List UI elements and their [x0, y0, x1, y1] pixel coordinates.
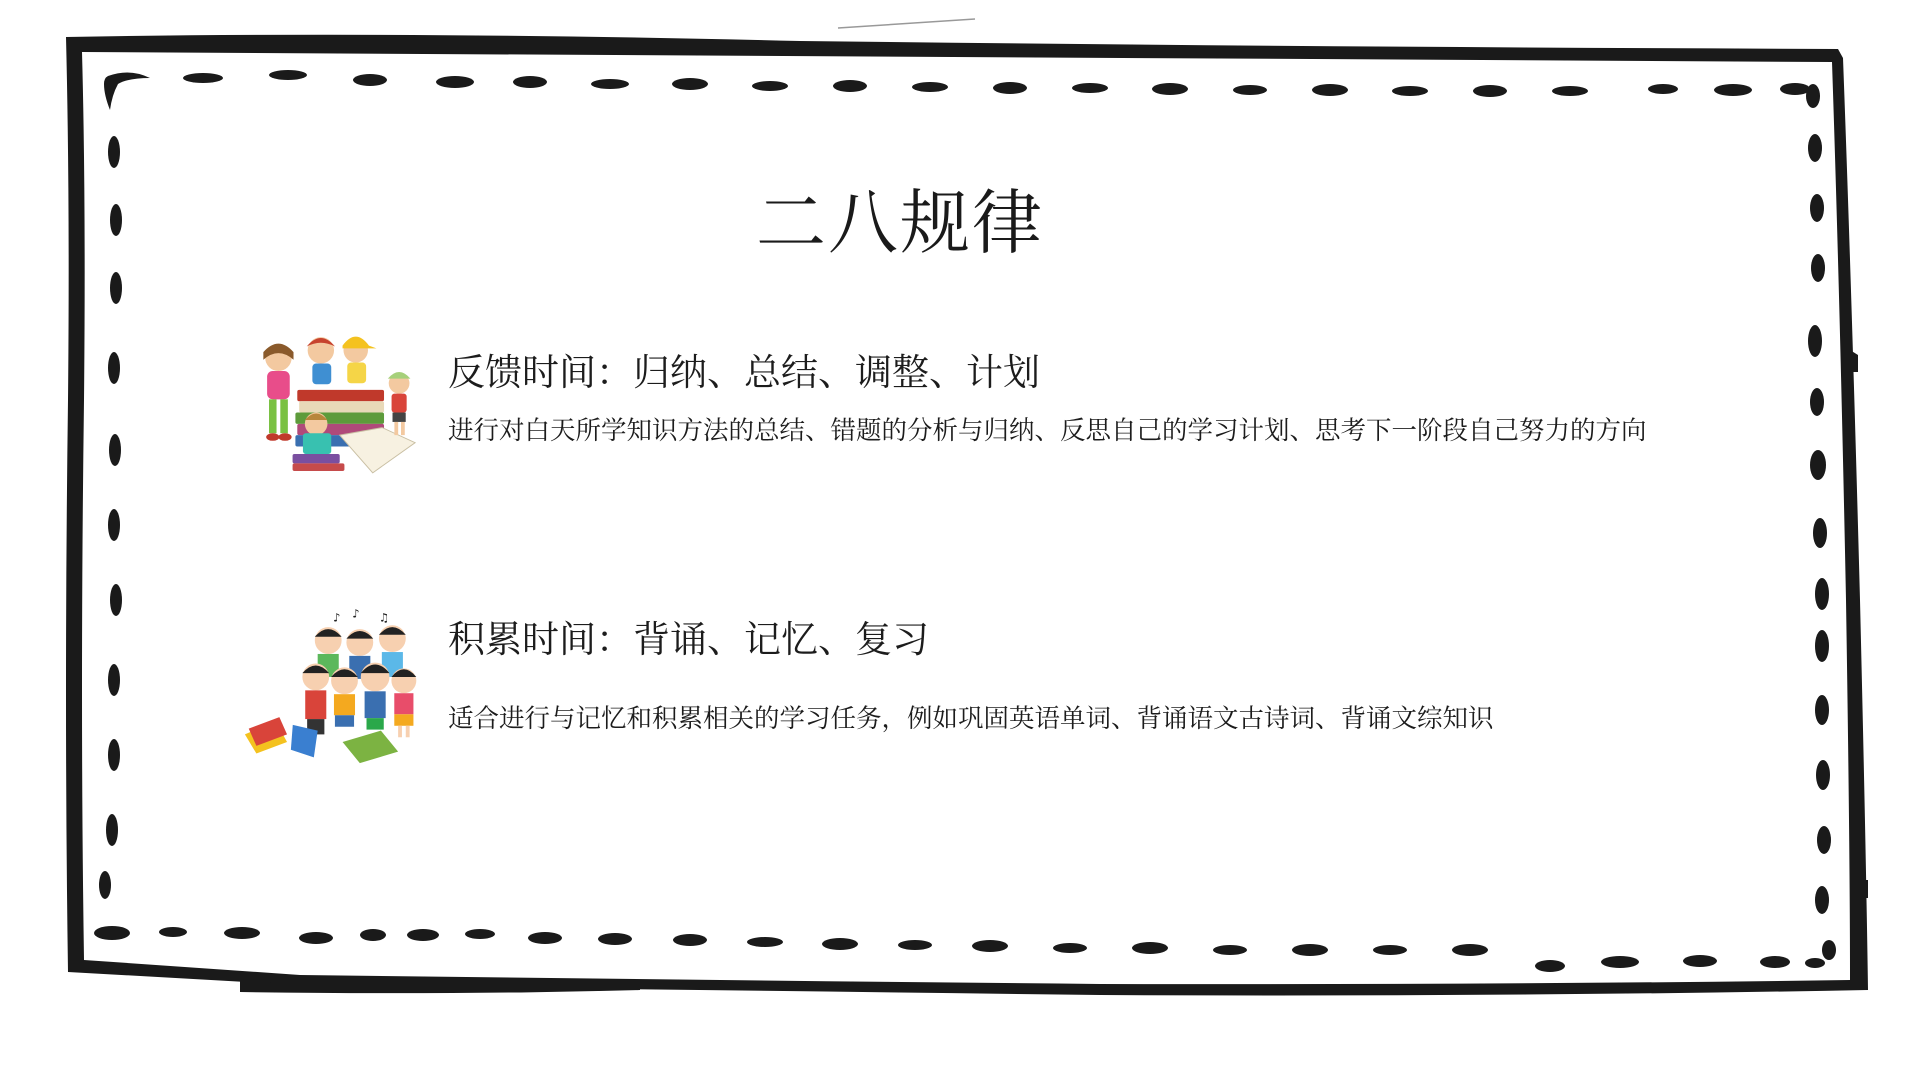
svg-text:♫: ♫ [379, 610, 389, 624]
svg-text:♪: ♪ [333, 610, 340, 624]
children-reading-books-illustration [240, 322, 430, 487]
section-heading-feedback: 反馈时间：归纳、总结、调整、计划 [448, 350, 1040, 396]
children-singing-choir-illustration: ♪ ♪ ♫ [236, 608, 430, 766]
section-body-accumulation: 适合进行与记忆和积累相关的学习任务，例如巩固英语单词、背诵语文古诗词、背诵文综知… [448, 703, 1728, 735]
slide-title: 二八规律 [0, 178, 1800, 268]
slide: 二八规律 [0, 0, 1920, 1080]
hand-drawn-frame [0, 0, 1920, 1080]
svg-text:♪: ♪ [352, 608, 359, 621]
section-body-feedback: 进行对白天所学知识方法的总结、错题的分析与归纳、反思自己的学习计划、思考下一阶段… [448, 415, 1728, 447]
section-heading-accumulation: 积累时间：背诵、记忆、复习 [448, 617, 929, 663]
